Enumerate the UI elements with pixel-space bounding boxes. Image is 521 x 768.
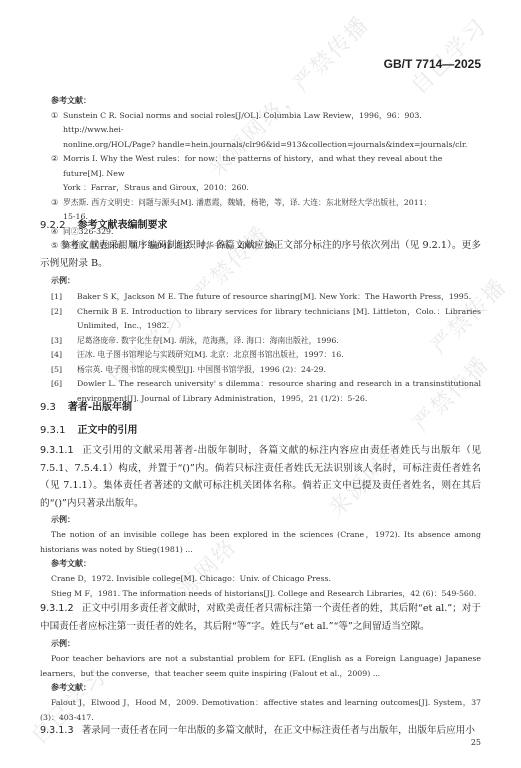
reference-item: [3]尼葛洛庞帝. 数字化生存[M]. 胡泳，范海燕，译. 海口：海南出版社，1… [51,334,481,349]
reference-item: [1]Baker S K，Jackson M E. The future of … [51,290,481,305]
section-heading-9-3: 9.3著者-出版年制 [40,398,481,413]
reference-item: [4]汪冰. 电子图书馆理论与实践研究[M]. 北京：北京图书馆出版社，1997… [51,348,481,363]
watermark: 自己学习 [403,11,493,101]
document-page: 自己学习 来源网络，严禁传播 自己学习，严禁传播 来源网络，严禁传播 严禁传播 … [0,0,521,768]
reference-list: Crane D，1972. Invisible college[M]. Chic… [51,572,481,601]
example-text: Poor teacher behaviors are not a substan… [40,652,481,681]
reference-item: Falout J，Elwood J，Hood M，2009. Demotivat… [40,696,481,725]
standard-code: GB/T 7714—2025 [384,57,481,71]
footnote-ref: ① Sunstein C R. Social norms and social … [51,109,481,153]
references-label: 参考文献： [51,558,481,569]
example-label: 示例： [51,275,481,286]
paragraph: 参考文献表采用顺序编码制组织时，各篇文献应按正文部分标注的序号依次列出（见 9.… [40,237,481,272]
page-number: 25 [471,738,481,747]
reference-item: [5]杨宗英. 电子图书馆的现实模型[J]. 中国图书馆学报，1996 (2)：… [51,363,481,378]
clause-9-3-1-2: 9.3.1.2正文中引用多责任者文献时，对欧美责任者只需标注第一个责任者的姓，其… [40,600,481,635]
reference-item: Stieg M F，1981. The information needs of… [51,587,481,602]
reference-item: Crane D，1972. Invisible college[M]. Chic… [51,572,481,587]
section-heading-9-3-1: 9.3.1正文中的引用 [40,421,481,436]
clause-9-3-1-1: 9.3.1.1正文引用的文献采用著者-出版年制时，各篇文献的标注内容应由责任者姓… [40,442,481,512]
example-label: 示例： [51,514,481,525]
clause-9-3-1-3: 9.3.1.3著录同一责任者在同一年出版的多篇文献时，在正文中标注责任者与出版年… [40,722,481,740]
reference-item: [2]Chernik B E. Introduction to library … [51,305,481,334]
example-text: The notion of an invisible college has b… [40,528,481,557]
footnote-ref: ② Morris I. Why the West rules：for now：t… [51,152,481,196]
references-label: 参考文献： [51,94,481,109]
reference-list: [1]Baker S K，Jackson M E. The future of … [51,290,481,406]
example-label: 示例： [51,638,481,649]
section-heading-9-2-2: 9.2.2参考文献表编制要求 [40,216,481,231]
references-label: 参考文献： [51,682,481,693]
